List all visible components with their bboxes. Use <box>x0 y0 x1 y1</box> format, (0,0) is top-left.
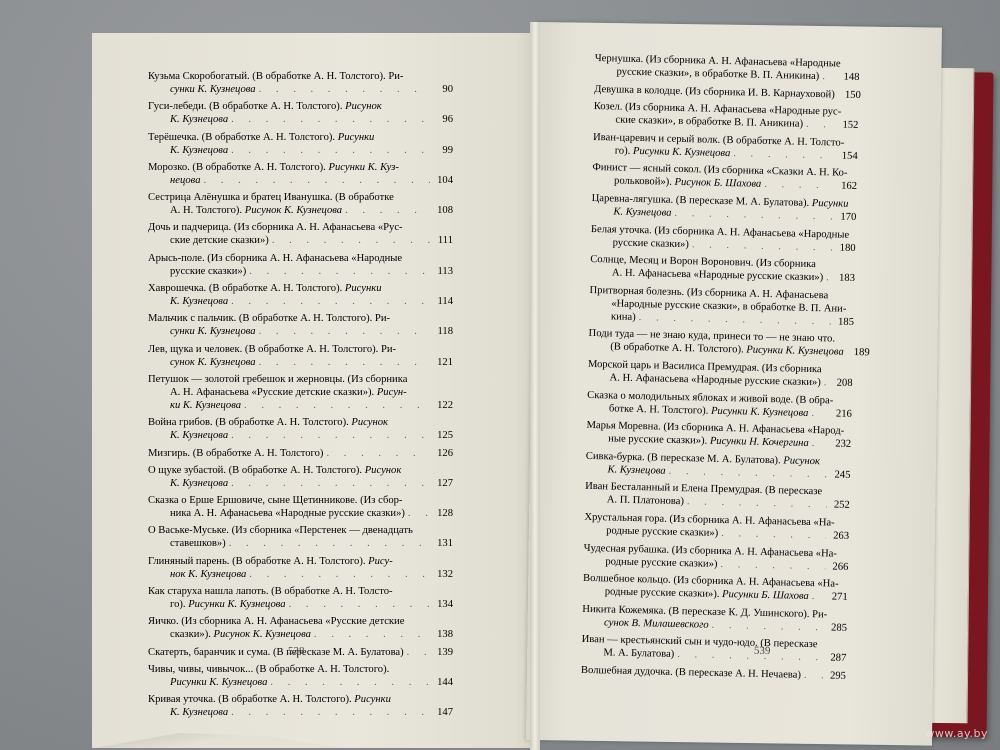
toc-page-number: 162 <box>837 180 857 193</box>
toc-entry-continuation: русские сказки») <box>170 265 246 278</box>
toc-entry-title: Яичко. (Из сборника А. Н. Афанасьева «Ру… <box>148 615 453 628</box>
toc-page-number: 131 <box>433 537 453 550</box>
toc-entry-continuation: ки К. Кузнецова <box>170 399 241 412</box>
toc-entry: Никита Кожемяка. (В пересказе К. Д. Ушин… <box>582 603 848 635</box>
toc-page-number: 148 <box>839 71 859 84</box>
toc-entry: Сестрица Алёнушка и братец Иванушка. (В … <box>148 191 453 217</box>
toc-entry-continuation: сунки К. Кузнецова <box>170 83 256 96</box>
toc-page-number: 144 <box>433 676 453 689</box>
leader-dots <box>244 399 430 412</box>
toc-entry: Мизгирь. (В обработке А. Н. Толстого)126 <box>148 447 453 460</box>
toc-entry: Козел. (Из сборника А. Н. Афанасьева «На… <box>593 100 859 132</box>
leader-dots <box>668 464 827 481</box>
toc-page-number: 118 <box>433 325 453 338</box>
toc-entry: Хаврошечка. (В обработке А. Н. Толстого)… <box>148 282 453 308</box>
toc-page-number: 266 <box>828 560 848 573</box>
leader-dots <box>677 648 823 664</box>
toc-entry-title: Сказка о Ерше Ершовиче, сыне Щетинникове… <box>148 494 453 507</box>
leader-dots <box>289 598 430 611</box>
leader-dots <box>811 407 829 420</box>
toc-page-number: 287 <box>826 652 846 665</box>
toc-entry-continuation: сунки К. Кузнецова <box>170 325 256 338</box>
toc-page-number: 150 <box>841 88 861 101</box>
toc-entry-continuation: К. Кузнецова <box>170 706 228 719</box>
toc-entry-title: Война грибов. (В обработке А. Н. Толстог… <box>148 416 453 429</box>
toc-entry: Чернушка. (Из сборника А. Н. Афанасьева … <box>594 52 860 84</box>
toc-entry: О щуке зубастой. (В обработке А. Н. Толс… <box>148 464 453 490</box>
watermark: www.ay.by <box>925 727 988 740</box>
toc-entry: Поди туда — не знаю куда, принеси то — н… <box>588 327 854 359</box>
toc-entry: Морозко. (В обработке А. Н. Толстого). Р… <box>148 161 453 187</box>
toc-page-number: 139 <box>433 646 453 659</box>
toc-right-list: Чернушка. (Из сборника А. Н. Афанасьева … <box>581 52 860 687</box>
toc-entry-continuation: сунок К. Кузнецова <box>170 356 256 369</box>
toc-page-number: 216 <box>832 407 852 420</box>
book-gutter <box>530 22 540 750</box>
toc-entry-title: Волшебная дудочка. (В пересказе А. Н. Не… <box>581 664 801 682</box>
leader-dots <box>721 527 826 542</box>
toc-entry-title: Скатерть, баранчик и сума. (В пересказе … <box>148 646 404 659</box>
toc-entry: Как старуха нашла лапоть. (В обработке А… <box>148 585 453 611</box>
toc-entry: Волшебная дудочка. (В пересказе А. Н. Не… <box>581 664 846 683</box>
leader-dots <box>806 118 836 132</box>
toc-entry-title: Морозко. (В обработке А. Н. Толстого). Р… <box>148 161 453 174</box>
toc-entry: Кузьма Скоробогатый. (В обработке А. Н. … <box>148 70 453 96</box>
leader-dots <box>804 669 823 682</box>
toc-entry: Марья Моревна. (Из сборника А. Н. Афанас… <box>586 419 852 451</box>
leader-dots <box>259 83 430 96</box>
toc-page-number: 180 <box>835 241 855 254</box>
leader-dots <box>822 70 837 83</box>
toc-page-number: 252 <box>830 499 850 512</box>
toc-entry-continuation: А. Н. Толстого). Рисунок К. Кузнецова <box>170 204 342 217</box>
toc-page-number: 134 <box>433 598 453 611</box>
toc-entry-continuation: Рисунки К. Кузнецова <box>170 676 267 689</box>
toc-page-number: 114 <box>433 295 453 308</box>
toc-entry-title: Кузьма Скоробогатый. (В обработке А. Н. … <box>148 70 453 83</box>
toc-page-number: 154 <box>838 149 858 162</box>
toc-entry: Лев, щука и человек. (В обработке А. Н. … <box>148 343 453 369</box>
toc-entry: Мальчик с пальчик. (В обработке А. Н. То… <box>148 312 453 338</box>
toc-entry-continuation: го). Рисунки К. Кузнецова <box>615 144 731 160</box>
toc-entry-title: Чивы, чивы, чивычок... (В обработке А. Н… <box>148 663 453 676</box>
toc-entry: Девушка в колодце. (Из сборника И. В. Ка… <box>594 83 859 102</box>
toc-entry-title: Хаврошечка. (В обработке А. Н. Толстого)… <box>148 282 453 295</box>
toc-page-number: 127 <box>433 477 453 490</box>
toc-entry: Сивка-бурка. (В пересказе М. А. Булатова… <box>585 450 851 482</box>
toc-page-number: 138 <box>433 628 453 641</box>
toc-entry-continuation: родные русские сказки») <box>606 524 718 540</box>
page-number-right: 539 <box>754 645 771 657</box>
toc-entry-title: Терёшечка. (В обработке А. Н. Толстого).… <box>148 131 453 144</box>
leader-dots <box>720 557 825 572</box>
toc-entry-title: Петушок — золотой гребешок и жерновцы. (… <box>148 373 453 386</box>
toc-entry-title: Гуси-лебеди. (В обработке А. Н. Толстого… <box>148 100 453 113</box>
toc-entry: Сказка о молодильных яблоках и живой вод… <box>587 388 853 420</box>
toc-entry: Притворная болезнь. (Из сборника А. Н. А… <box>589 284 855 329</box>
toc-page-number: 90 <box>433 83 453 96</box>
toc-entry-title: О Ваське-Муське. (Из сборника «Перстенек… <box>148 524 453 537</box>
toc-entry-title: Лев, щука и человек. (В обработке А. Н. … <box>148 343 453 356</box>
toc-page-number: 126 <box>433 447 453 460</box>
toc-entry-continuation: К. Кузнецова <box>170 144 228 157</box>
toc-entry: О Ваське-Муське. (Из сборника «Перстенек… <box>148 524 453 550</box>
toc-page-number: 295 <box>826 669 846 682</box>
toc-page-number: 185 <box>834 315 854 328</box>
leader-dots <box>231 429 430 442</box>
toc-page-number: 96 <box>433 113 453 126</box>
leader-dots <box>270 676 430 689</box>
toc-entry-title: Дочь и падчерица. (Из сборника А. Н. Афа… <box>148 221 453 234</box>
leader-dots <box>812 590 825 603</box>
leader-dots <box>229 537 430 550</box>
toc-entry-continuation: рольковой»). Рисунок Б. Шахова <box>614 175 761 191</box>
leader-dots <box>231 113 430 126</box>
toc-page-number: 271 <box>828 591 848 604</box>
toc-entry: Морской царь и Василиса Премудрая. (Из с… <box>587 358 853 390</box>
toc-page-number: 285 <box>827 621 847 634</box>
toc-page-number: 113 <box>433 265 453 278</box>
toc-entry-continuation: русские сказки») <box>613 236 690 251</box>
toc-entry-continuation: го). Рисунки К. Кузнецова <box>170 598 286 611</box>
toc-page-number: 122 <box>433 399 453 412</box>
toc-page-number: 245 <box>830 468 850 481</box>
leader-dots <box>687 496 827 512</box>
leader-dots <box>692 238 833 254</box>
toc-entry-continuation: К. Кузнецова <box>170 477 228 490</box>
toc-entry: Петушок — золотой гребешок и жерновцы. (… <box>148 373 453 412</box>
toc-entry-continuation: ставешков») <box>170 537 226 550</box>
toc-entry-title: Девушка в колодце. (Из сборника И. В. Ка… <box>594 83 835 101</box>
toc-entry: Хрустальная гора. (Из сборника А. Н. Афа… <box>584 511 850 543</box>
leader-dots <box>231 477 430 490</box>
leader-dots <box>314 628 430 641</box>
toc-entry-continuation: родные русские сказки») <box>605 555 717 571</box>
toc-page-number: 147 <box>433 706 453 719</box>
leader-dots <box>764 178 834 193</box>
toc-page-number: 132 <box>433 568 453 581</box>
toc-entry: Чивы, чивы, чивычок... (В обработке А. Н… <box>148 663 453 689</box>
leader-dots <box>824 376 830 389</box>
toc-page-number: 208 <box>832 376 852 389</box>
leader-dots <box>407 646 430 659</box>
toc-entry-continuation: ские детские сказки») <box>170 234 269 247</box>
toc-page-number: 108 <box>433 204 453 217</box>
leader-dots <box>259 325 430 338</box>
toc-entry: Иван Бесталанный и Елена Премудрая. (В п… <box>585 480 851 512</box>
toc-entry: Дочь и падчерица. (Из сборника А. Н. Афа… <box>148 221 453 247</box>
toc-entry: Гуси-лебеди. (В обработке А. Н. Толстого… <box>148 100 453 126</box>
toc-entry: Иван-царевич и серый волк. (В обработке … <box>593 131 859 163</box>
toc-entry-title: Кривая уточка. (В обработке А. Н. Толсто… <box>148 693 453 706</box>
toc-entry: Сказка о Ерше Ершовиче, сыне Щетинникове… <box>148 494 453 520</box>
toc-entry: Иван — крестьянский сын и чудо-юдо. (В п… <box>581 633 847 665</box>
toc-entry: Волшебное кольцо. (Из сборника А. Н. Афа… <box>583 572 849 604</box>
toc-page-number: 125 <box>433 429 453 442</box>
leader-dots <box>733 147 835 162</box>
toc-entry-continuation: нецова <box>170 174 201 187</box>
toc-left-list: Кузьма Скоробогатый. (В обработке А. Н. … <box>148 70 453 724</box>
leader-dots <box>345 204 430 217</box>
toc-entry-title: Мальчик с пальчик. (В обработке А. Н. То… <box>148 312 453 325</box>
toc-entry-continuation: К. Кузнецова <box>170 113 228 126</box>
toc-entry-continuation: К. Кузнецова <box>170 295 228 308</box>
toc-entry-continuation: М. А. Булатова) <box>603 647 674 662</box>
leader-dots <box>231 706 430 719</box>
leader-dots <box>272 234 430 247</box>
toc-entry-continuation: кина) <box>611 310 636 324</box>
leader-dots <box>674 207 833 224</box>
leader-dots <box>826 271 832 284</box>
toc-page-number: 99 <box>433 144 453 157</box>
leader-dots <box>408 507 430 520</box>
leader-dots <box>259 356 430 369</box>
toc-page-number: 183 <box>835 272 855 285</box>
toc-entry: Белая уточка. (Из сборника А. Н. Афанась… <box>591 223 857 255</box>
toc-entry-continuation: нок К. Кузнецова <box>170 568 246 581</box>
toc-page-number: 128 <box>433 507 453 520</box>
toc-entry-title: Глиняный парень. (В обработке А. Н. Толс… <box>148 555 453 568</box>
toc-entry-continuation: сунок В. Милашевского <box>604 616 709 631</box>
toc-page-number: 232 <box>831 438 851 451</box>
toc-entry-continuation: сказки»). Рисунок К. Кузнецова <box>170 628 311 641</box>
toc-entry: Война грибов. (В обработке А. Н. Толстог… <box>148 416 453 442</box>
toc-entry: Терёшечка. (В обработке А. Н. Толстого).… <box>148 131 453 157</box>
toc-entry-continuation: А. П. Платонова) <box>607 494 684 509</box>
toc-entry-title: Арысь-поле. (Из сборника А. Н. Афанасьев… <box>148 252 453 265</box>
toc-entry-title: Как старуха нашла лапоть. (В обработке А… <box>148 585 453 598</box>
leader-dots <box>249 265 430 278</box>
toc-page-number: 104 <box>433 174 453 187</box>
toc-entry-title: Сестрица Алёнушка и братец Иванушка. (В … <box>148 191 453 204</box>
toc-entry-continuation: К. Кузнецова <box>170 429 228 442</box>
toc-entry: Кривая уточка. (В обработке А. Н. Толсто… <box>148 693 453 719</box>
toc-page-number: 121 <box>433 356 453 369</box>
page-number-left: 538 <box>288 645 305 657</box>
leader-dots <box>231 295 430 308</box>
toc-entry-continuation: К. Кузнецова <box>607 463 665 477</box>
toc-entry: Арысь-поле. (Из сборника А. Н. Афанасьев… <box>148 252 453 278</box>
leader-dots <box>249 568 430 581</box>
toc-entry: Яичко. (Из сборника А. Н. Афанасьева «Ру… <box>148 615 453 641</box>
toc-entry: Солнце, Месяц и Ворон Воронович. (Из сбо… <box>590 253 856 285</box>
toc-entry: Глиняный парень. (В обработке А. Н. Толс… <box>148 555 453 581</box>
toc-page-number: 263 <box>829 529 849 542</box>
leader-dots <box>231 144 430 157</box>
toc-page-number: 189 <box>850 346 870 359</box>
toc-entry-title: О щуке зубастой. (В обработке А. Н. Толс… <box>148 464 453 477</box>
toc-entry: Чудесная рубашка. (Из сборника А. Н. Афа… <box>583 541 849 573</box>
toc-entry-continuation: ника А. Н. Афанасьева «Народные русские … <box>170 507 405 520</box>
toc-page-number: 111 <box>433 234 453 247</box>
toc-page-number: 152 <box>838 119 858 132</box>
leader-dots <box>204 174 430 187</box>
leader-dots <box>326 447 430 460</box>
toc-entry-continuation: А. Н. Афанасьева «Русские детские сказки… <box>148 386 453 399</box>
leader-dots <box>812 437 829 450</box>
toc-page-number: 170 <box>836 210 856 223</box>
toc-entry: Финист — ясный сокол. (Из сборника «Сказ… <box>592 161 858 193</box>
toc-entry-continuation: К. Кузнецова <box>613 205 671 219</box>
toc-entry-title: Мизгирь. (В обработке А. Н. Толстого) <box>148 447 323 460</box>
toc-entry: Царевна-лягушка. (В пересказе М. А. Була… <box>591 192 857 224</box>
leader-dots <box>711 618 824 634</box>
